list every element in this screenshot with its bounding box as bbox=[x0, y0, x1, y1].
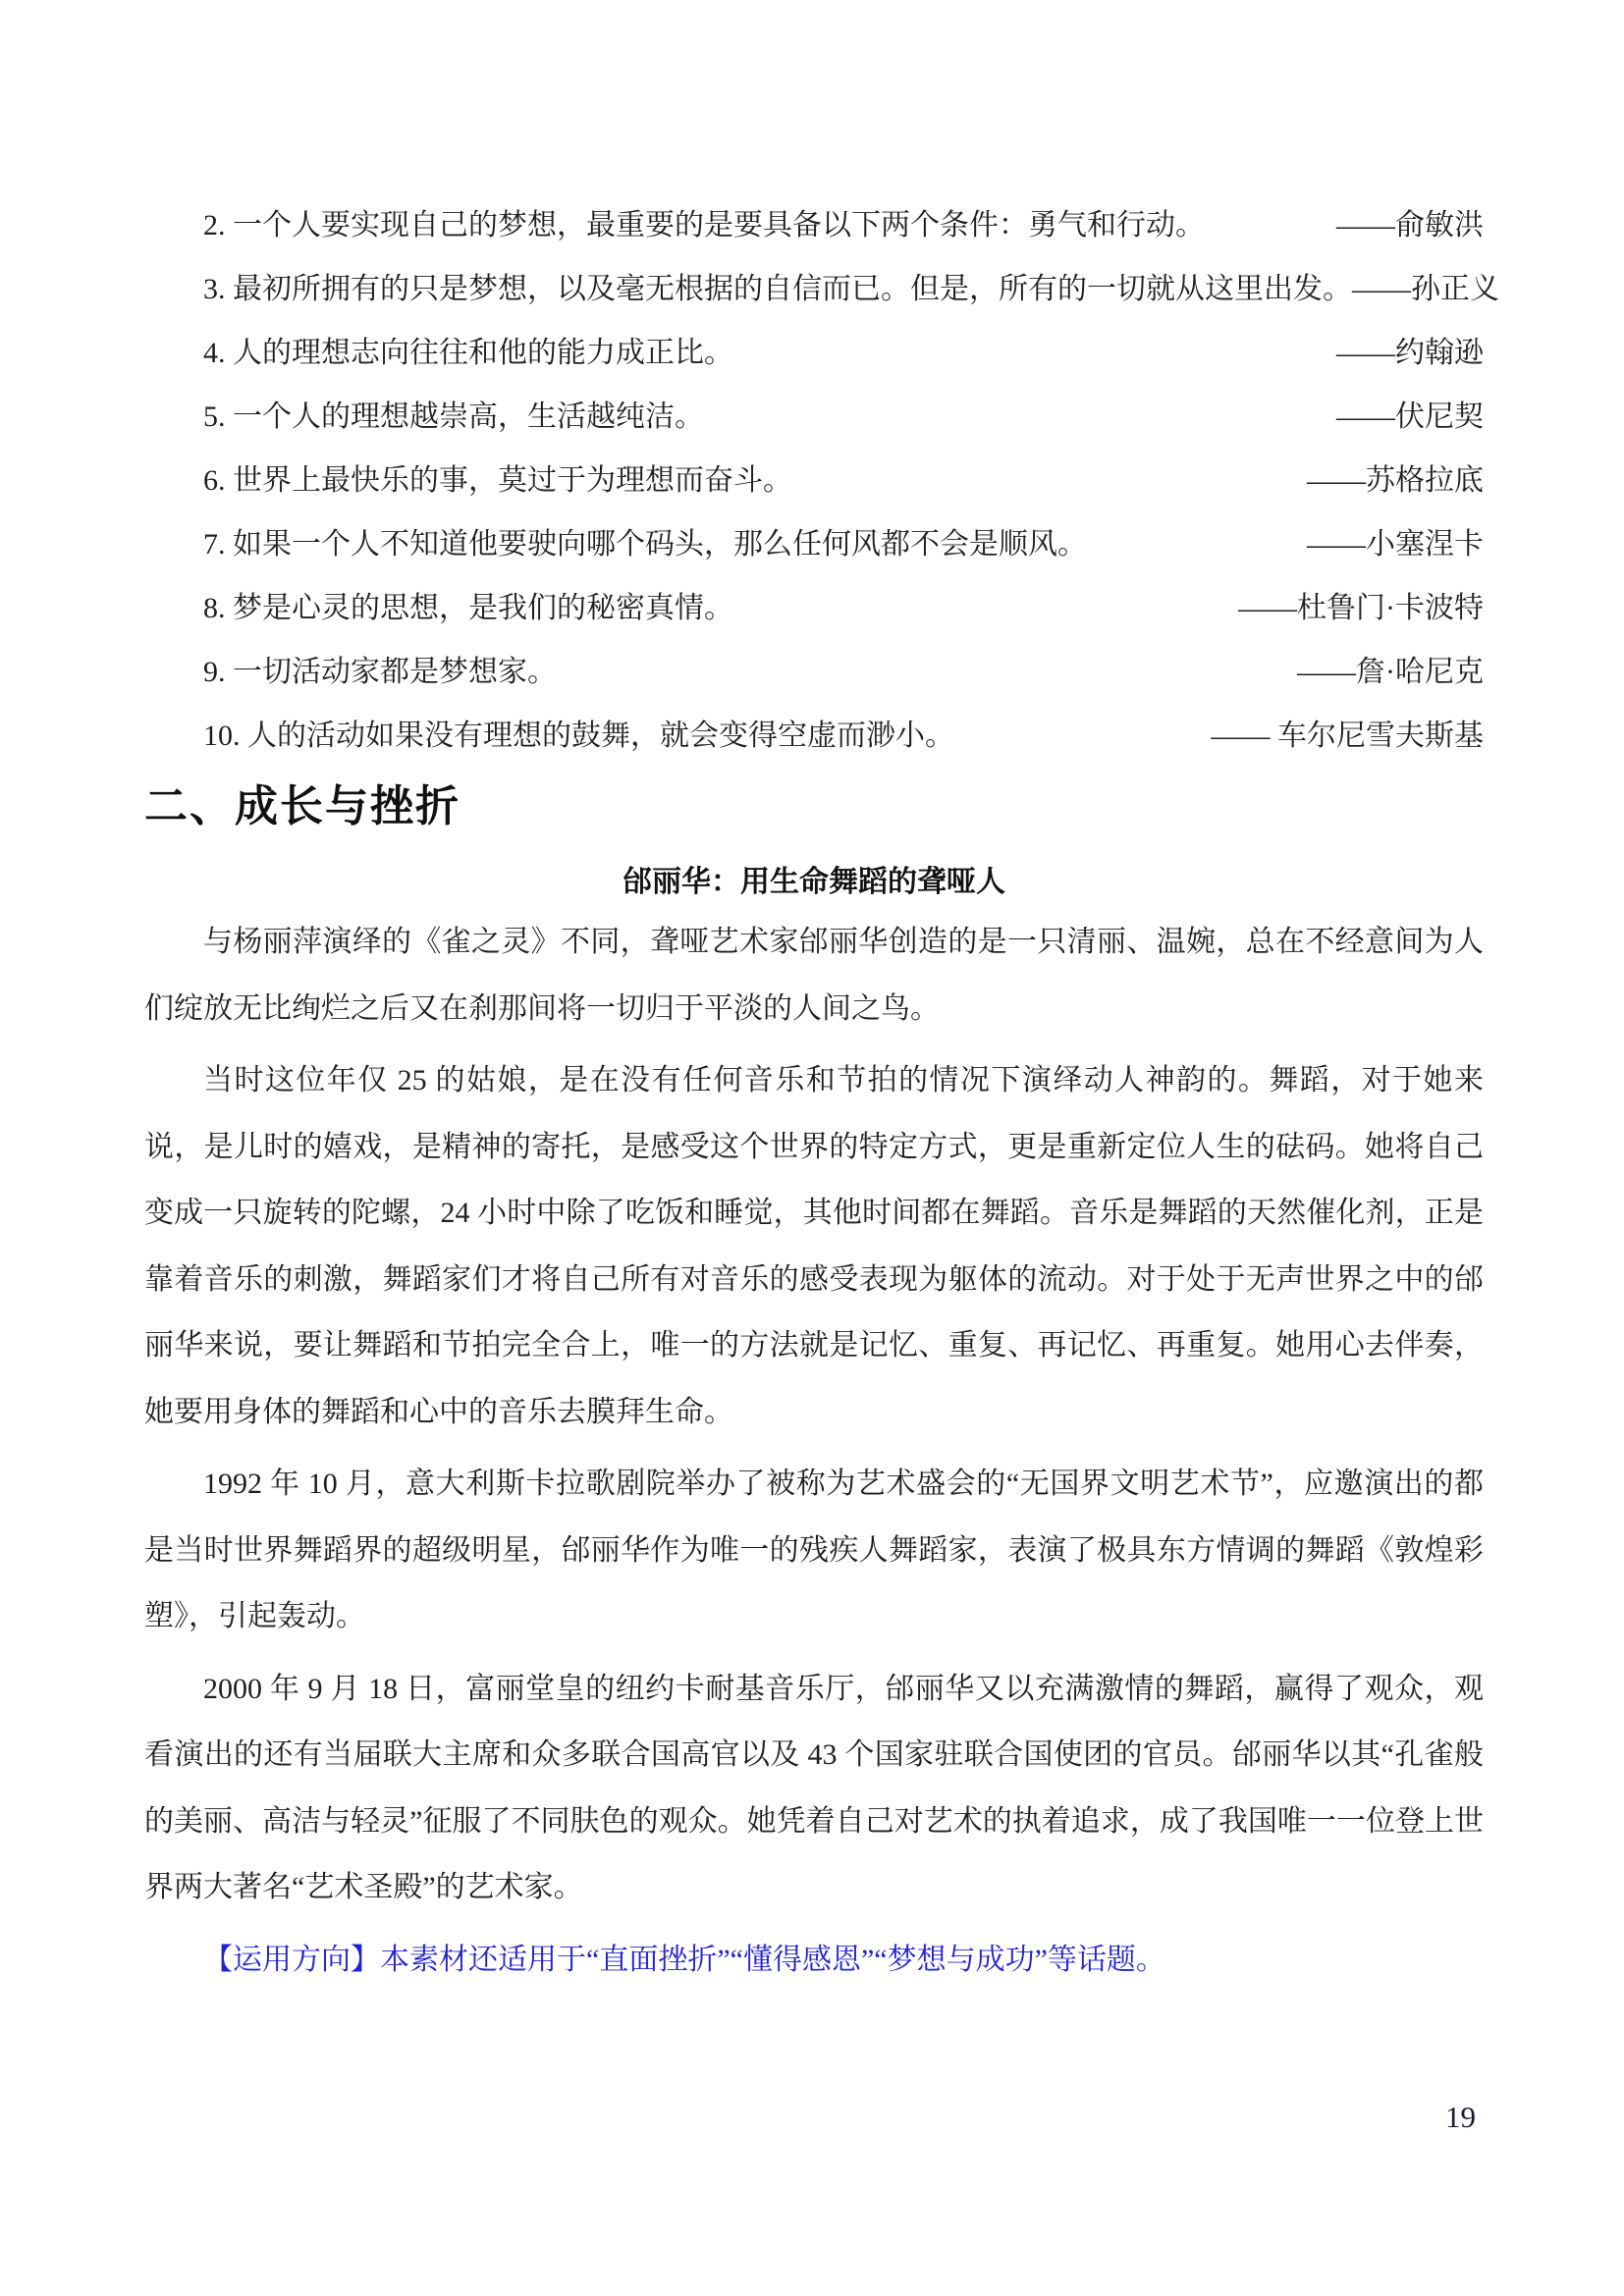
quote-item: 2. 一个人要实现自己的梦想，最重要的是要具备以下两个条件：勇气和行动。 ——俞… bbox=[144, 193, 1484, 257]
quote-author: ——杜鲁门·卡波特 bbox=[1238, 576, 1484, 640]
quote-author: ——小塞涅卡 bbox=[1307, 512, 1484, 576]
usage-note: 【运用方向】本素材还适用于“直面挫折”“懂得感恩”“梦想与成功”等话题。 bbox=[144, 1927, 1484, 1994]
quote-text: 6. 世界上最快乐的事，莫过于为理想而奋斗。 bbox=[203, 449, 792, 512]
quote-item: 8. 梦是心灵的思想，是我们的秘密真情。 ——杜鲁门·卡波特 bbox=[144, 576, 1484, 640]
quote-text: 4. 人的理想志向往往和他的能力成正比。 bbox=[203, 321, 733, 385]
quote-author: —— 车尔尼雪夫斯基 bbox=[1212, 704, 1485, 768]
quote-item: 9. 一切活动家都是梦想家。 ——詹·哈尼克 bbox=[144, 640, 1484, 704]
quote-author: ——伏尼契 bbox=[1336, 385, 1484, 449]
quote-author: ——俞敏洪 bbox=[1336, 193, 1484, 257]
quote-item: 5. 一个人的理想越崇高，生活越纯洁。 ——伏尼契 bbox=[144, 385, 1484, 449]
paragraph: 与杨丽萍演绎的《雀之灵》不同，聋哑艺术家邰丽华创造的是一只清丽、温婉，总在不经意… bbox=[144, 909, 1484, 1041]
quote-text: 7. 如果一个人不知道他要驶向哪个码头，那么任何风都不会是顺风。 bbox=[203, 512, 1087, 576]
quote-text: 5. 一个人的理想越崇高，生活越纯洁。 bbox=[203, 385, 704, 449]
quote-author: ——孙正义 bbox=[1352, 257, 1499, 321]
quote-text: 10. 人的活动如果没有理想的鼓舞，就会变得空虚而渺小。 bbox=[203, 704, 954, 768]
quote-item: 3. 最初所拥有的只是梦想，以及毫无根据的自信而已。但是，所有的一切就从这里出发… bbox=[144, 257, 1484, 321]
quote-author: ——约翰逊 bbox=[1336, 321, 1484, 385]
quote-item: 10. 人的活动如果没有理想的鼓舞，就会变得空虚而渺小。 —— 车尔尼雪夫斯基 bbox=[144, 704, 1484, 768]
document-page: 2. 一个人要实现自己的梦想，最重要的是要具备以下两个条件：勇气和行动。 ——俞… bbox=[0, 0, 1624, 2296]
quote-list: 2. 一个人要实现自己的梦想，最重要的是要具备以下两个条件：勇气和行动。 ——俞… bbox=[144, 0, 1484, 768]
quote-text: 3. 最初所拥有的只是梦想，以及毫无根据的自信而已。但是，所有的一切就从这里出发… bbox=[203, 257, 1352, 321]
quote-item: 7. 如果一个人不知道他要驶向哪个码头，那么任何风都不会是顺风。 ——小塞涅卡 bbox=[144, 512, 1484, 576]
paragraph: 2000 年 9 月 18 日，富丽堂皇的纽约卡耐基音乐厅，邰丽华又以充满激情的… bbox=[144, 1656, 1484, 1921]
quote-author: ——詹·哈尼克 bbox=[1297, 640, 1484, 704]
page-number: 19 bbox=[1445, 2101, 1476, 2134]
article-title: 邰丽华：用生命舞蹈的聋哑人 bbox=[144, 861, 1484, 904]
quote-text: 2. 一个人要实现自己的梦想，最重要的是要具备以下两个条件：勇气和行动。 bbox=[203, 193, 1205, 257]
quote-text: 8. 梦是心灵的思想，是我们的秘密真情。 bbox=[203, 576, 733, 640]
article-body: 与杨丽萍演绎的《雀之灵》不同，聋哑艺术家邰丽华创造的是一只清丽、温婉，总在不经意… bbox=[144, 909, 1484, 1993]
quote-item: 4. 人的理想志向往往和他的能力成正比。 ——约翰逊 bbox=[144, 321, 1484, 385]
paragraph: 1992 年 10 月，意大利斯卡拉歌剧院举办了被称为艺术盛会的“无国界文明艺术… bbox=[144, 1451, 1484, 1650]
quote-text: 9. 一切活动家都是梦想家。 bbox=[203, 640, 557, 704]
quote-item: 6. 世界上最快乐的事，莫过于为理想而奋斗。 ——苏格拉底 bbox=[144, 449, 1484, 512]
quote-author: ——苏格拉底 bbox=[1307, 449, 1484, 512]
paragraph: 当时这位年仅 25 的姑娘，是在没有任何音乐和节拍的情况下演绎动人神韵的。舞蹈，… bbox=[144, 1047, 1484, 1445]
section-heading: 二、成长与挫折 bbox=[144, 781, 1484, 832]
